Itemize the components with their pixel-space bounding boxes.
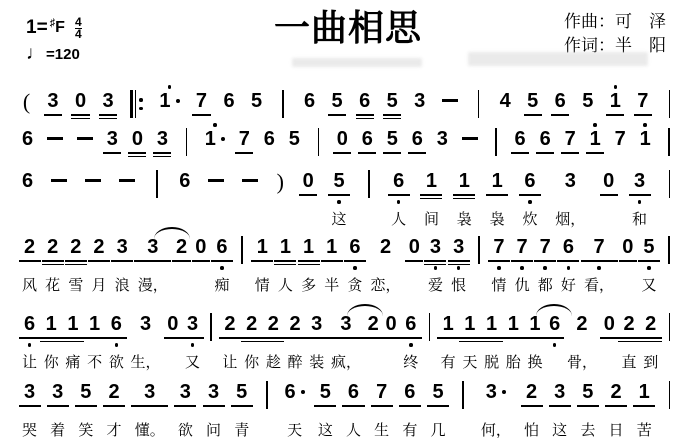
- note: 2日: [609, 375, 624, 438]
- lyric: 花: [45, 274, 60, 294]
- score-line: 3哭3着5笑2才3懂。3欲3问5青6天5这6人7生6有5几3何，2怕3这5去2日…: [22, 375, 674, 438]
- lyric: 笑: [78, 419, 93, 438]
- octave-dot-low: [353, 266, 357, 270]
- beam-underline: [640, 337, 662, 339]
- beam-underline: [364, 337, 382, 339]
- beam-underline: [99, 114, 117, 116]
- beam-underline: [103, 405, 125, 407]
- rest: 0: [303, 164, 314, 228]
- note-number: 4: [500, 90, 511, 112]
- beam-underline: [383, 114, 401, 116]
- beam-underline: [274, 260, 296, 262]
- lyric: 终: [403, 351, 418, 371]
- octave-dot-high: [213, 123, 217, 127]
- note-number: 1: [639, 381, 650, 403]
- octave-dot-low: [520, 266, 524, 270]
- note: 3: [414, 84, 425, 125]
- note-number: 0: [622, 236, 633, 258]
- note: 5: [387, 122, 398, 163]
- beam-underline: [65, 264, 87, 266]
- beam-underline: [128, 156, 146, 158]
- note: 6让: [22, 307, 37, 371]
- lyric: 人: [391, 208, 406, 228]
- octave-dot-low: [457, 266, 461, 270]
- barline: [425, 307, 434, 377]
- note-number: 7: [376, 381, 387, 403]
- note: 2骨，: [567, 307, 597, 371]
- note-number: 5: [332, 90, 343, 112]
- beam-underline: [284, 337, 306, 339]
- note: 6炊: [522, 164, 537, 228]
- note: 7: [196, 84, 207, 125]
- lyric: 去: [580, 419, 595, 438]
- note-number: 6: [405, 313, 416, 335]
- beam-underline: [502, 337, 524, 339]
- beam-underline: [459, 341, 481, 343]
- score-line: 6让1你1痛1不6欲3生，03又2让2你2趁2醉3装3疯，206终1有1天1脱1…: [22, 307, 674, 377]
- lyric: 脱: [484, 351, 499, 371]
- augmentation-dot: [502, 390, 506, 394]
- beam-underline: [551, 114, 569, 116]
- lyric: 趁: [266, 351, 281, 371]
- lyric: 直: [622, 351, 637, 371]
- beam-underline: [618, 337, 640, 339]
- note-number: 3: [187, 313, 198, 335]
- note-number: 6: [111, 313, 122, 335]
- note-number: 0: [409, 236, 420, 258]
- note: 7: [637, 84, 648, 125]
- note: 7看，: [584, 230, 614, 294]
- beam-underline: [153, 156, 171, 158]
- note-number: 2: [268, 313, 279, 335]
- note: 5: [582, 84, 593, 125]
- lyric: 仇: [515, 274, 530, 294]
- lyric: 这: [332, 208, 347, 228]
- note-number: 6: [540, 128, 551, 150]
- beam-underline: [153, 152, 171, 154]
- lyric: 胎: [506, 351, 521, 371]
- note: 7都: [538, 230, 553, 294]
- dash-extension: [242, 164, 258, 205]
- note: 2花: [45, 230, 60, 294]
- beam-underline: [557, 260, 579, 262]
- beam-underline: [420, 198, 442, 200]
- beam-underline: [103, 152, 121, 154]
- note: 1多: [301, 230, 316, 294]
- octave-dot-high: [643, 123, 647, 127]
- beam-underline: [262, 337, 284, 339]
- note-number: 3: [147, 236, 158, 258]
- lyric: 不: [87, 351, 102, 371]
- lyric: 装: [309, 351, 324, 371]
- note-number: 3: [208, 381, 219, 403]
- beam-underline: [618, 341, 640, 343]
- lyric: 问: [206, 419, 221, 438]
- lyric: 多: [301, 274, 316, 294]
- note: 3: [107, 122, 118, 163]
- lyric: 间: [424, 208, 439, 228]
- note-number: 3: [430, 236, 441, 258]
- beam-underline: [511, 260, 533, 262]
- beam-underline: [640, 341, 662, 343]
- lyric: 和: [632, 208, 647, 228]
- beam-underline: [47, 405, 69, 407]
- lyric: 烟，: [555, 208, 585, 228]
- note: 5几: [431, 375, 446, 438]
- beam-underline: [344, 260, 366, 262]
- note-number: 1: [280, 236, 291, 258]
- note-number: 1: [640, 128, 651, 150]
- note-number: 3: [634, 170, 645, 192]
- beam-underline: [75, 405, 97, 407]
- note-number: 7: [565, 128, 576, 150]
- beam-underline: [534, 260, 556, 262]
- note: 1苦: [637, 375, 652, 438]
- beam-underline: [536, 152, 554, 154]
- note-number: 1: [326, 236, 337, 258]
- note-number: 2: [368, 313, 379, 335]
- note-number: 1: [590, 128, 601, 150]
- octave-dot-high: [168, 85, 172, 89]
- note: 6好: [561, 230, 576, 294]
- beam-underline: [519, 194, 541, 196]
- beam-underline: [241, 337, 263, 339]
- beam-underline: [549, 405, 571, 407]
- barline: [665, 375, 674, 438]
- note-number: 1: [89, 313, 100, 335]
- lyric: 痛: [65, 351, 80, 371]
- lyric: 有: [441, 351, 456, 371]
- note-number: 3: [103, 90, 114, 112]
- note: 1换: [527, 307, 542, 371]
- note-number: 1: [486, 313, 497, 335]
- note-number: 6: [404, 381, 415, 403]
- note-number: 5: [320, 381, 331, 403]
- beam-underline: [19, 337, 41, 339]
- note: 1间: [424, 164, 439, 228]
- note: 3欲: [178, 375, 193, 438]
- lyric: 青: [234, 419, 249, 438]
- note: 7: [239, 122, 250, 163]
- note: 3漫，: [138, 230, 168, 294]
- note: 5: [527, 84, 538, 125]
- note-number: 7: [196, 90, 207, 112]
- beam-underline: [524, 114, 542, 116]
- beam-underline: [486, 194, 508, 196]
- lyric: 袅: [457, 208, 472, 228]
- beam-underline: [521, 405, 543, 407]
- note: 1你: [44, 307, 59, 371]
- beam-underline: [274, 264, 296, 266]
- note: 6: [223, 84, 234, 125]
- note-number: 6: [285, 381, 296, 403]
- rest: 0: [195, 230, 206, 294]
- beam-underline: [19, 405, 41, 407]
- note: 3和: [632, 164, 647, 228]
- beam-underline: [131, 405, 168, 407]
- note: 6: [304, 84, 315, 125]
- rest: 0: [385, 307, 396, 371]
- note-number: 7: [593, 236, 604, 258]
- octave-dot-low: [115, 343, 119, 347]
- note: 3: [47, 84, 58, 125]
- rest: 0: [622, 230, 633, 294]
- note-number: 6: [179, 170, 190, 192]
- beam-underline: [298, 264, 320, 266]
- beam-underline: [306, 337, 328, 339]
- note: 3何，: [481, 375, 511, 438]
- note: 2风: [22, 230, 37, 294]
- lyric: 醉: [288, 351, 303, 371]
- dash-extension: [119, 164, 135, 205]
- beam-underline: [99, 118, 117, 120]
- intro-close-paren: ): [276, 164, 285, 217]
- note-number: 1: [426, 170, 437, 192]
- note-number: 3: [144, 381, 155, 403]
- lyric: 有: [402, 419, 417, 438]
- note-number: 5: [387, 90, 398, 112]
- note: 1: [610, 84, 621, 125]
- barline: [182, 122, 191, 169]
- note: 2醉: [288, 307, 303, 371]
- note: 1袅: [490, 164, 505, 228]
- dash-extension: [51, 164, 67, 205]
- note: 1脱: [484, 307, 499, 371]
- note: 6贪: [347, 230, 362, 294]
- lyric: 怕: [524, 419, 539, 438]
- note: 1有: [441, 307, 456, 371]
- lyric: 人: [278, 274, 293, 294]
- note-number: 3: [437, 128, 448, 150]
- note-number: 3: [414, 90, 425, 112]
- beam-underline: [605, 405, 627, 407]
- beam-underline: [524, 337, 546, 339]
- note-number: 2: [380, 236, 391, 258]
- note-number: 5: [527, 90, 538, 112]
- lyric: 半: [324, 274, 339, 294]
- note: 7情: [491, 230, 506, 294]
- beam-underline: [321, 260, 343, 262]
- note-number: 2: [289, 313, 300, 335]
- note-number: 6: [304, 90, 315, 112]
- beam-underline: [600, 337, 618, 339]
- beam-underline: [511, 152, 529, 154]
- beam-underline: [633, 405, 655, 407]
- note-number: 3: [486, 381, 497, 403]
- repeat-begin-sign: [130, 84, 143, 118]
- lyric: 你: [244, 351, 259, 371]
- beam-underline: [235, 152, 253, 154]
- note: 3装: [309, 307, 324, 371]
- barline: [665, 307, 674, 377]
- note-number: 5: [289, 128, 300, 150]
- note-number: 5: [333, 170, 344, 192]
- score-line: 6303176506563667171: [22, 122, 674, 169]
- beam-underline: [561, 152, 579, 154]
- note: 1胎: [506, 307, 521, 371]
- beam-underline: [128, 152, 146, 154]
- lyric: 欲: [178, 419, 193, 438]
- dash-extension: [442, 84, 458, 102]
- beam-underline: [481, 341, 503, 343]
- note-number: 6: [22, 128, 33, 150]
- beam-underline: [581, 260, 618, 262]
- lyric: 情: [255, 274, 270, 294]
- note: 3又: [185, 307, 200, 371]
- note-number: 5: [582, 90, 593, 112]
- note-number: 6: [216, 236, 227, 258]
- beam-underline: [408, 152, 426, 154]
- lyric: 爱: [428, 274, 443, 294]
- note: 5: [289, 122, 300, 163]
- lyric: 疯，: [331, 351, 361, 371]
- note-number: 3: [24, 381, 35, 403]
- beam-underline: [577, 405, 599, 407]
- beam-underline: [42, 264, 64, 266]
- lyric: 痴: [214, 274, 229, 294]
- beam-underline: [40, 341, 62, 343]
- note: 2: [368, 307, 379, 371]
- lyric: 贪: [347, 274, 362, 294]
- note-number: 6: [223, 90, 234, 112]
- octave-dot-low: [337, 200, 341, 204]
- beam-underline: [427, 405, 449, 407]
- note-number: 3: [554, 381, 565, 403]
- barline: [459, 375, 468, 438]
- lyric: 你: [44, 351, 59, 371]
- note: 2恋，: [371, 230, 401, 294]
- note: 6: [22, 164, 33, 228]
- lyric: 袅: [490, 208, 505, 228]
- note: 2月: [91, 230, 106, 294]
- dash-extension: [85, 164, 101, 205]
- beam-underline: [71, 118, 89, 120]
- note-number: 1: [610, 90, 621, 112]
- augmentation-dot: [221, 137, 225, 141]
- octave-dot-low: [638, 200, 642, 204]
- note: 3懂。: [135, 375, 165, 438]
- beam-underline: [314, 405, 336, 407]
- note: 6终: [403, 307, 418, 371]
- note-number: 3: [52, 381, 63, 403]
- lyric: 几: [431, 419, 446, 438]
- note: 3浪: [115, 230, 130, 294]
- barline: [314, 122, 323, 169]
- note-number: 3: [117, 236, 128, 258]
- note: 6: [359, 84, 370, 125]
- rest: 0: [132, 122, 143, 163]
- note: 1天: [462, 307, 477, 371]
- beam-underline: [84, 337, 106, 339]
- note-number: 0: [303, 170, 314, 192]
- lyric: 好: [561, 274, 576, 294]
- lyric: 恋，: [371, 274, 401, 294]
- beam-underline: [448, 260, 470, 262]
- note: 7仇: [515, 230, 530, 294]
- note: 6: [412, 122, 423, 163]
- note-number: 6: [563, 236, 574, 258]
- barline: [364, 164, 373, 234]
- beam-underline: [453, 194, 475, 196]
- lyric: 月: [91, 274, 106, 294]
- beam-underline: [586, 152, 604, 154]
- beam-underline: [400, 337, 422, 339]
- lyric: 浪: [115, 274, 130, 294]
- beam-underline: [40, 337, 62, 339]
- note: 2让: [222, 307, 237, 371]
- lyric: 生，: [131, 351, 161, 371]
- note: 2怕: [524, 375, 539, 438]
- note-number: 6: [264, 128, 275, 150]
- note: 1人: [278, 230, 293, 294]
- beam-underline: [388, 194, 410, 196]
- note-number: 3: [157, 128, 168, 150]
- note-number: 0: [167, 313, 178, 335]
- note: 1情: [255, 230, 270, 294]
- beam-underline: [333, 152, 351, 154]
- note: 6: [22, 122, 33, 163]
- lyric: 情: [491, 274, 506, 294]
- note-number: 6: [362, 128, 373, 150]
- score-line: 66)05这6人1间1袅1袅6炊3烟，03和: [22, 164, 674, 234]
- dash-extension: [208, 164, 224, 205]
- beam-underline: [327, 337, 364, 339]
- note-number: 5: [432, 381, 443, 403]
- beam-underline: [437, 337, 459, 339]
- note: 1: [205, 122, 225, 163]
- octave-dot-low: [553, 343, 557, 347]
- beam-underline: [342, 405, 364, 407]
- note-number: 6: [393, 170, 404, 192]
- note: 1痛: [65, 307, 80, 371]
- note: 3这: [552, 375, 567, 438]
- beam-underline: [405, 260, 423, 262]
- note-number: 2: [70, 236, 81, 258]
- barline: [474, 230, 483, 300]
- note: 6欲: [109, 307, 124, 371]
- lyric: 换: [527, 351, 542, 371]
- note: 6: [264, 122, 275, 163]
- beam-underline: [42, 260, 64, 262]
- note: 3: [157, 122, 168, 163]
- beam-underline: [606, 114, 624, 116]
- barline: [665, 164, 674, 234]
- lyric: 才: [107, 419, 122, 438]
- note-number: 5: [251, 90, 262, 112]
- beam-underline: [399, 405, 421, 407]
- octave-dot-low: [397, 200, 401, 204]
- note: 7: [565, 122, 576, 163]
- dash-extension: [77, 122, 93, 140]
- note-number: 3: [107, 128, 118, 150]
- beam-underline: [241, 341, 263, 343]
- beam-underline: [546, 337, 564, 339]
- note-number: 2: [645, 313, 656, 335]
- note: 3生，: [131, 307, 161, 371]
- note-number: 7: [637, 90, 648, 112]
- lyric: 苦: [637, 419, 652, 438]
- note: 3: [437, 122, 448, 163]
- note-number: 2: [610, 381, 621, 403]
- octave-dot-low: [409, 343, 413, 347]
- lyric: 着: [50, 419, 65, 438]
- note-number: 6: [524, 170, 535, 192]
- note: 5这: [318, 375, 333, 438]
- barline: [262, 375, 271, 438]
- note: 3: [103, 84, 114, 125]
- note-number: 6: [515, 128, 526, 150]
- note-number: 6: [549, 313, 560, 335]
